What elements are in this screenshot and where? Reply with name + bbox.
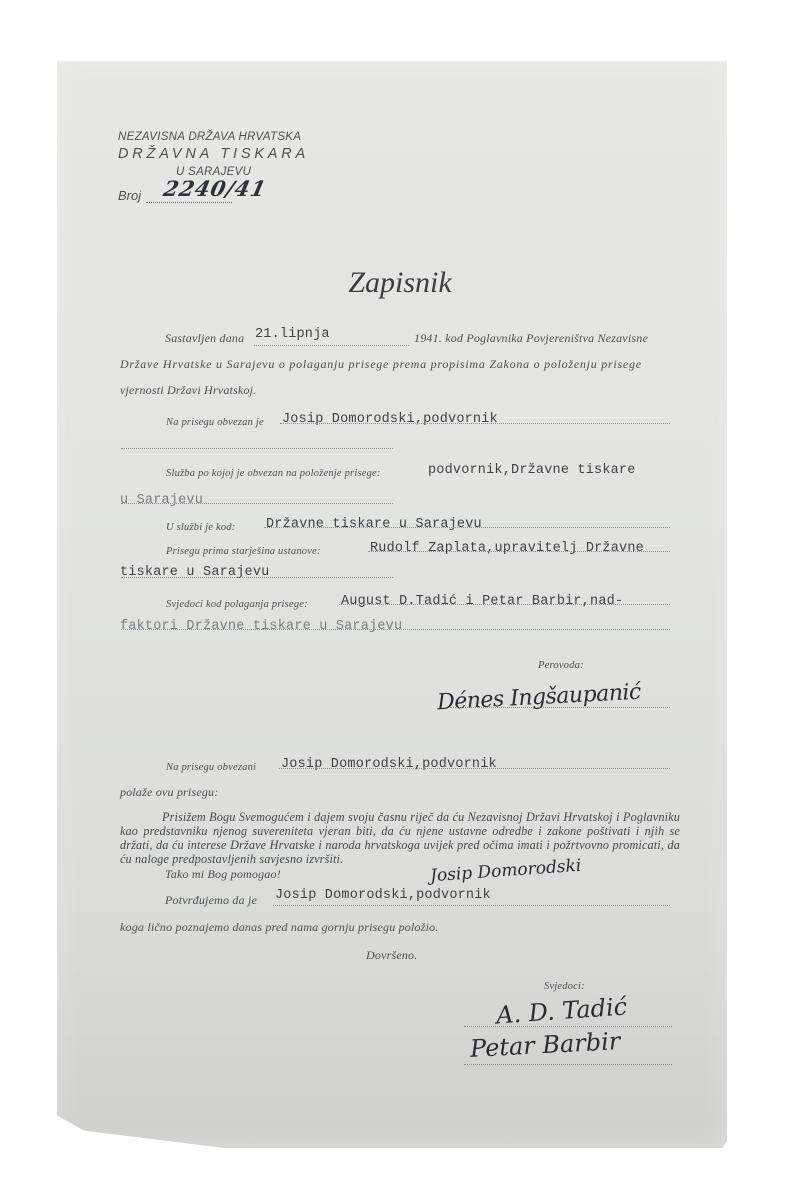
field-underline-svjedoci bbox=[339, 604, 670, 605]
dovrseno-text: Dovršeno. bbox=[366, 948, 417, 963]
witnesses-label: Svjedoci: bbox=[544, 981, 585, 992]
broj-value: 2240/41 bbox=[161, 176, 269, 201]
perovoda-signature-line bbox=[450, 707, 670, 708]
witness-signature-line-2 bbox=[464, 1064, 672, 1065]
field-continuation-svjedoci: faktori Državne tiskare u Sarajevu bbox=[120, 619, 402, 634]
field-underline-starjesina-2 bbox=[121, 577, 393, 578]
confirmation-text: koga lično poznajemo danas pred nama gor… bbox=[120, 920, 439, 935]
field-label-obvezan: Na prisegu obvezan je bbox=[166, 417, 264, 428]
oath-text: Prisižem Bogu Svemogućem i dajem svoju č… bbox=[120, 810, 680, 866]
field-label-sluzba: Služba po kojoj je obvezan na položenje … bbox=[166, 468, 381, 479]
field-value-obvezan: Josip Domorodski,podvornik bbox=[282, 412, 498, 427]
field-underline-u-sluzbi bbox=[264, 527, 670, 528]
oath-closing: Tako mi Bog pomogao! bbox=[165, 867, 281, 882]
value-obvezani: Josip Domorodski,podvornik bbox=[281, 757, 497, 772]
field-value-sluzba: podvornik,Državne tiskare bbox=[428, 463, 636, 478]
broj-underline bbox=[146, 202, 232, 203]
field-underline-starjesina bbox=[368, 551, 670, 552]
field-value-starjesina: Rudolf Zaplata,upravitelj Državne bbox=[370, 541, 644, 556]
perovoda-label: Perovoda: bbox=[538, 660, 584, 671]
intro-year-text: 1941. kod Poglavnika Povjereništva Nezav… bbox=[414, 331, 648, 346]
field-value-svjedoci: August D.Tadić i Petar Barbir,nad- bbox=[341, 594, 623, 609]
underline-potvrdujemo bbox=[273, 905, 670, 906]
polaze-label: polaže ovu prisegu: bbox=[120, 785, 218, 800]
intro-line-2: Države Hrvatske u Sarajevu o polaganju p… bbox=[120, 357, 642, 372]
date-underline bbox=[254, 345, 409, 346]
field-continuation-sluzba: u Sarajevu bbox=[120, 493, 203, 508]
letterhead-state: NEZAVISNA DRŽAVA HRVATSKA bbox=[118, 131, 301, 143]
field-value-u-sluzbi: Državne tiskare u Sarajevu bbox=[266, 517, 482, 532]
field-underline-sluzba bbox=[121, 503, 393, 504]
oath-paragraph: Prisižem Bogu Svemogućem i dajem svoju č… bbox=[120, 810, 680, 866]
field-underline-svjedoci-2 bbox=[121, 629, 670, 630]
field-label-u-sluzbi: U službi je kod: bbox=[166, 522, 235, 533]
label-obvezani: Na prisegu obvezani bbox=[166, 762, 256, 773]
field-underline-obvezan bbox=[280, 423, 670, 424]
page-title: Zapisnik bbox=[0, 266, 800, 300]
field-label-starjesina: Prisegu prima starješina ustanove: bbox=[166, 546, 321, 557]
intro-line-3: vjernosti Državi Hrvatskoj. bbox=[120, 383, 256, 398]
label-potvrdujemo: Potvrđujemo da je bbox=[165, 893, 257, 908]
witness-signature-line-1 bbox=[464, 1026, 672, 1027]
letterhead-institution: DRŽAVNA TISKARA bbox=[118, 146, 309, 162]
field-label-svjedoci: Svjedoci kod polaganja prisege: bbox=[166, 599, 308, 610]
field-underline-obvezan-2 bbox=[121, 448, 393, 449]
value-potvrdujemo: Josip Domorodski,podvornik bbox=[275, 888, 491, 903]
date-typed: 21.lipnja bbox=[255, 327, 330, 342]
broj-label: Broj bbox=[118, 188, 141, 203]
underline-obvezani bbox=[279, 768, 670, 769]
label-sastavljen: Sastavljen dana bbox=[165, 331, 244, 346]
